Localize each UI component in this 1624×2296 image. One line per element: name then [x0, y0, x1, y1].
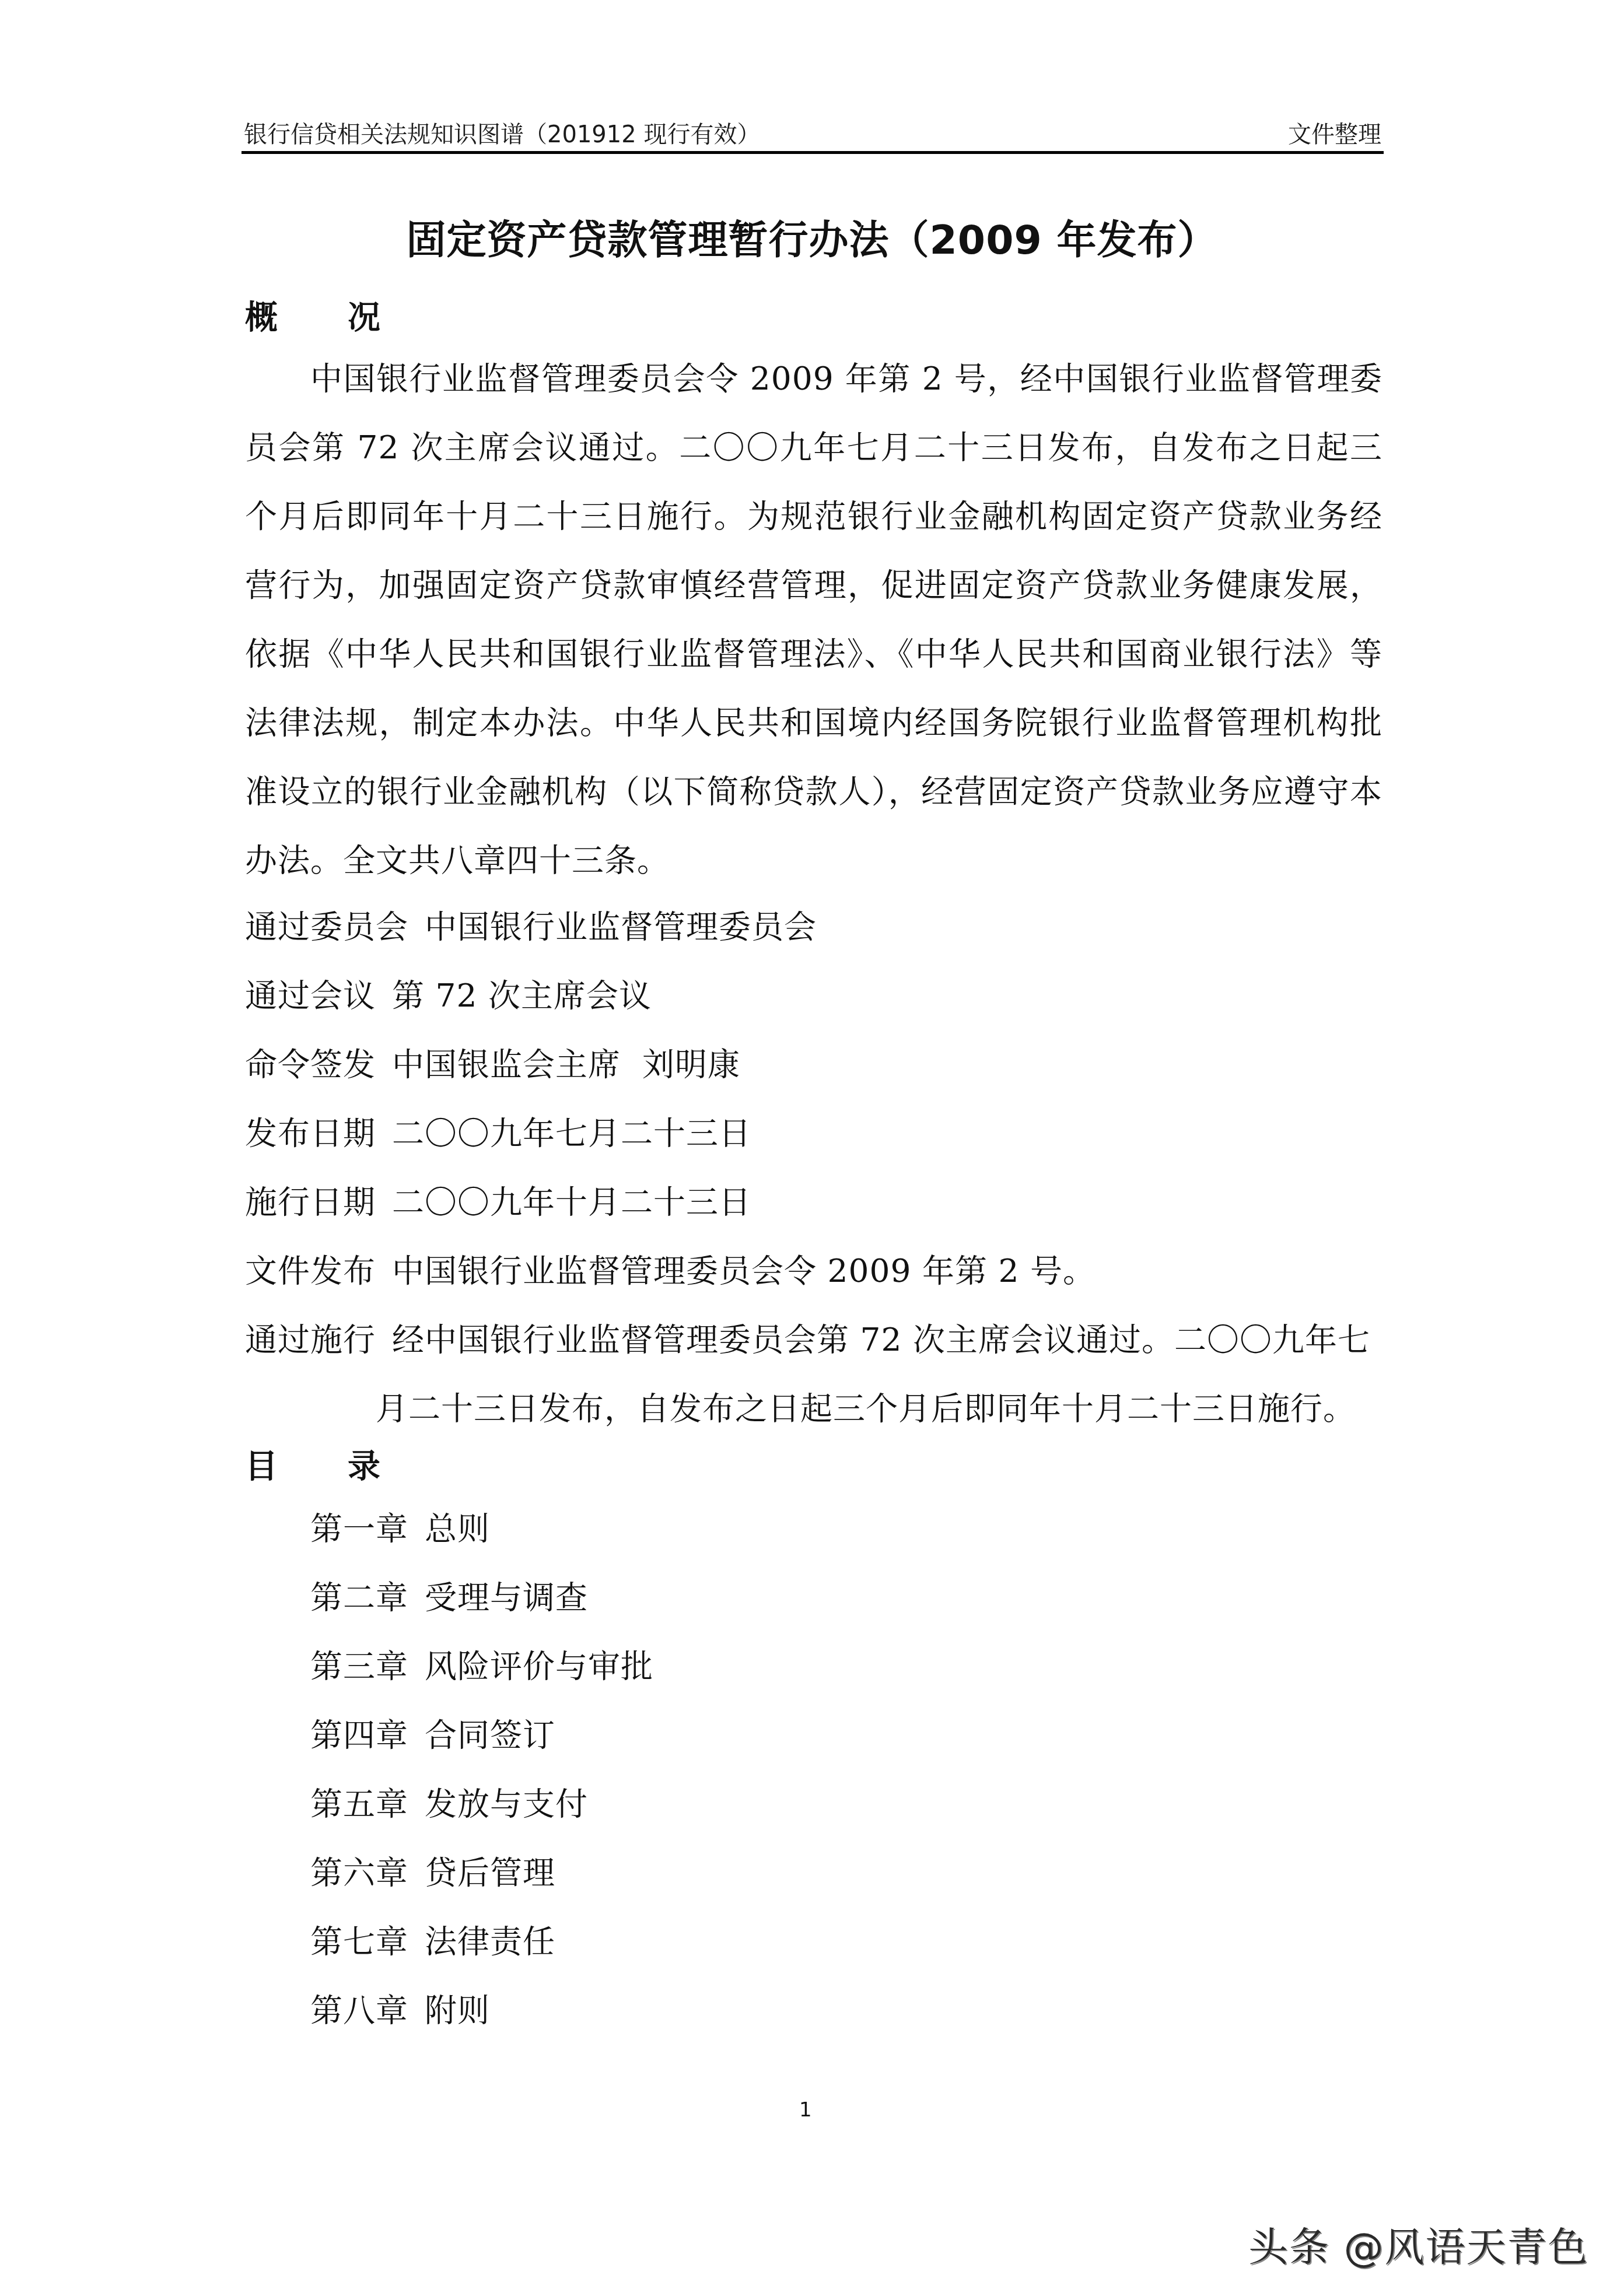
running-header: 银行信贷相关法规知识图谱（201912 现行有效） 文件整理	[244, 114, 1381, 149]
meta-key: 通过会议	[245, 961, 376, 1030]
section-heading-overview: 概况	[245, 292, 380, 338]
toc-item[interactable]: 第六章贷后管理	[310, 1838, 653, 1907]
page-number: 1	[799, 2098, 812, 2122]
table-of-contents: 第一章总则 第二章受理与调查 第三章风险评价与审批 第四章合同签订 第五章发放与…	[310, 1494, 653, 2045]
toc-item[interactable]: 第五章发放与支付	[310, 1769, 653, 1838]
meta-row-signed-by: 命令签发中国银监会主席 刘明康	[245, 1030, 1388, 1099]
chapter-number: 第三章	[310, 1632, 408, 1701]
meta-value: 中国银监会主席 刘明康	[392, 1046, 740, 1083]
meta-value: 中国银行业监督管理委员会	[425, 908, 817, 945]
chapter-title: 总则	[425, 1510, 490, 1547]
toc-item[interactable]: 第八章附则	[310, 1976, 653, 2045]
toc-item[interactable]: 第二章受理与调查	[310, 1563, 653, 1632]
toc-item[interactable]: 第一章总则	[310, 1494, 653, 1563]
meta-key: 发布日期	[245, 1099, 376, 1168]
chapter-title: 发放与支付	[425, 1785, 588, 1822]
chapter-number: 第一章	[310, 1494, 408, 1563]
header-right-label: 文件整理	[1288, 116, 1381, 149]
chapter-number: 第四章	[310, 1701, 408, 1769]
toc-item[interactable]: 第七章法律责任	[310, 1907, 653, 1976]
meta-value: 经中国银行业监督管理委员会第 72 次主席会议通过。二〇〇九年七	[392, 1321, 1370, 1358]
meta-key: 命令签发	[245, 1030, 376, 1099]
chapter-number: 第七章	[310, 1907, 408, 1976]
header-left-title: 银行信贷相关法规知识图谱（201912 现行有效）	[244, 116, 760, 149]
chapter-title: 贷后管理	[425, 1854, 555, 1891]
metadata-list: 通过委员会中国银行业监督管理委员会 通过会议第 72 次主席会议 命令签发中国银…	[245, 892, 1388, 1443]
chapter-title: 附则	[425, 1992, 490, 2029]
overview-paragraph: 中国银行业监督管理委员会令 2009 年第 2 号，经中国银行业监督管理委员会第…	[245, 344, 1382, 895]
chapter-title: 受理与调查	[425, 1579, 588, 1616]
section-heading-toc: 目录	[245, 1440, 380, 1487]
meta-value: 二〇〇九年十月二十三日	[392, 1183, 751, 1221]
heading-char: 概	[245, 299, 278, 336]
document-page: 银行信贷相关法规知识图谱（201912 现行有效） 文件整理 固定资产贷款管理暂…	[0, 0, 1624, 2296]
meta-row-document-issue: 文件发布中国银行业监督管理委员会令 2009 年第 2 号。	[245, 1236, 1388, 1305]
chapter-number: 第八章	[310, 1976, 408, 2045]
chapter-title: 风险评价与审批	[425, 1647, 653, 1685]
chapter-number: 第二章	[310, 1563, 408, 1632]
meta-row-adoption: 通过施行经中国银行业监督管理委员会第 72 次主席会议通过。二〇〇九年七 月二十…	[245, 1305, 1388, 1443]
meta-value: 二〇〇九年七月二十三日	[392, 1114, 751, 1152]
meta-row-meeting: 通过会议第 72 次主席会议	[245, 961, 1388, 1030]
meta-key: 文件发布	[245, 1236, 376, 1305]
chapter-title: 法律责任	[425, 1923, 555, 1960]
header-rule	[242, 151, 1384, 154]
meta-key: 通过施行	[245, 1305, 376, 1374]
heading-char: 录	[348, 1447, 380, 1485]
toc-item[interactable]: 第四章合同签订	[310, 1701, 653, 1769]
watermark: 头条 @风语天青色	[1248, 2216, 1589, 2273]
chapter-title: 合同签订	[425, 1716, 555, 1754]
meta-key: 通过委员会	[245, 892, 408, 961]
document-title: 固定资产贷款管理暂行办法（2009 年发布）	[0, 209, 1624, 265]
meta-key: 施行日期	[245, 1168, 376, 1236]
meta-row-effective-date: 施行日期二〇〇九年十月二十三日	[245, 1168, 1388, 1236]
meta-row-publish-date: 发布日期二〇〇九年七月二十三日	[245, 1099, 1388, 1168]
meta-value-continuation: 月二十三日发布，自发布之日起三个月后即同年十月二十三日施行。	[245, 1374, 1388, 1443]
meta-value: 第 72 次主席会议	[392, 977, 652, 1014]
chapter-number: 第六章	[310, 1838, 408, 1907]
heading-char: 目	[245, 1447, 278, 1485]
meta-value: 中国银行业监督管理委员会令 2009 年第 2 号。	[392, 1252, 1095, 1289]
toc-item[interactable]: 第三章风险评价与审批	[310, 1632, 653, 1701]
meta-row-committee: 通过委员会中国银行业监督管理委员会	[245, 892, 1388, 961]
chapter-number: 第五章	[310, 1769, 408, 1838]
heading-char: 况	[348, 299, 380, 336]
